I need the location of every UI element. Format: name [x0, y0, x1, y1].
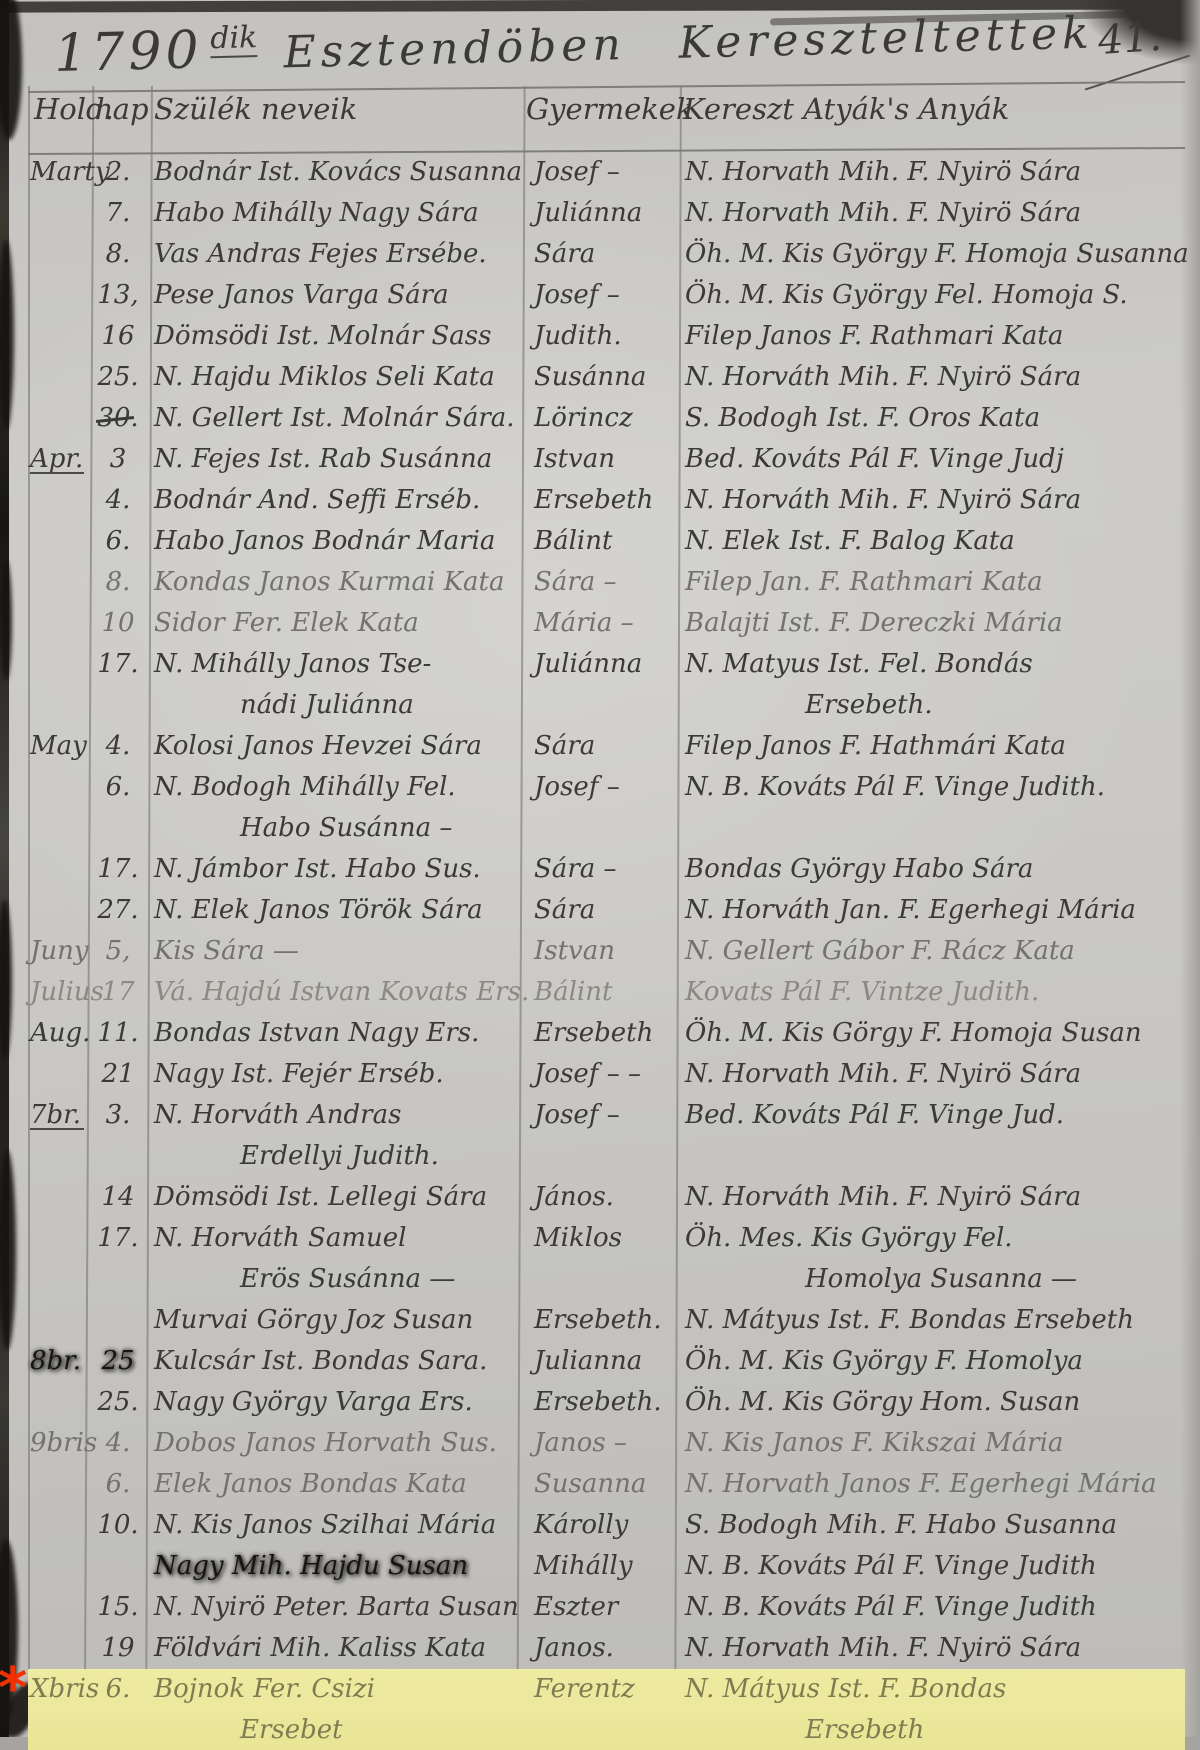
- month-cell: [28, 890, 88, 931]
- table-row: 17.N. Horváth SamuelErös Susánna —Miklos…: [28, 1218, 1185, 1300]
- child-name-cell: Sára: [520, 234, 677, 275]
- parents-names-cell: Bodnár And. Seffi Erséb.: [148, 480, 520, 521]
- parents-names-cell: Dömsödi Ist. Molnár Sass: [148, 316, 520, 357]
- month-cell: [28, 275, 88, 316]
- child-name-cell: Istvan: [520, 931, 677, 972]
- month-cell: [28, 1587, 88, 1628]
- day-cell: 27.: [88, 890, 148, 931]
- title-year: 1790: [54, 20, 204, 84]
- godparents-cell: N. B. Kováts Pál F. Vinge Judith: [677, 1546, 1185, 1587]
- table-row: Murvai Görgy Joz SusanErsebeth.N. Mátyus…: [28, 1300, 1185, 1341]
- godparents-cell: N. Horváth Mih. F. Nyirö Sára: [677, 1177, 1185, 1218]
- child-name-cell: Eszter: [520, 1587, 677, 1628]
- table-row: 10Sidor Fer. Elek KataMária –Balajti Ist…: [28, 603, 1185, 644]
- parents-names-cell: Kondas Janos Kurmai Kata: [148, 562, 520, 603]
- month-cell: [28, 1546, 88, 1587]
- table-row: 8.Kondas Janos Kurmai KataSára –Filep Ja…: [28, 562, 1185, 603]
- month-cell: [28, 1628, 88, 1669]
- child-name-cell: Josef –: [520, 1095, 677, 1136]
- parents-names-cell: Dömsödi Ist. Lellegi Sára: [148, 1177, 520, 1218]
- day-cell: 25: [88, 1341, 148, 1382]
- page-number: 41.: [1097, 14, 1164, 64]
- day-cell: 17: [88, 972, 148, 1013]
- godparents-cell: N. Horvath Janos F. Egerhegi Mária: [677, 1464, 1185, 1505]
- month-cell: Juny: [28, 931, 88, 972]
- godparents-cell: Balajti Ist. F. Dereczki Mária: [677, 603, 1185, 644]
- month-cell: 9bris: [28, 1423, 88, 1464]
- child-name-cell: Károlly: [520, 1505, 677, 1546]
- parents-names-cell: Nagy György Varga Ers.: [148, 1382, 520, 1423]
- table-row: 17.N. Mihálly Janos Tse-nádi JuliánnaJul…: [28, 644, 1185, 726]
- parents-names-cell: N. Gellert Ist. Molnár Sára.: [148, 398, 520, 439]
- godparents-cell: Filep Janos F. Rathmari Kata: [677, 316, 1185, 357]
- table-row: 6.Habo Janos Bodnár MariaBálintN. Elek I…: [28, 521, 1185, 562]
- title-ordinal-suffix: dik: [210, 20, 258, 58]
- godparents-cell: Öh. M. Kis Görgy Hom. Susan: [677, 1382, 1185, 1423]
- table-row: 7br.3.N. Horváth AndrasErdellyi Judith.J…: [28, 1095, 1185, 1177]
- godparents-cell: Bondas György Habo Sára: [677, 849, 1185, 890]
- child-name-cell: Josef –: [520, 152, 677, 193]
- child-name-cell: Mihálly: [520, 1546, 677, 1587]
- child-name-cell: Ersebeth: [520, 1013, 677, 1054]
- month-cell: [28, 316, 88, 357]
- day-cell: 4.: [88, 480, 148, 521]
- table-row: 7.Habo Mihálly Nagy SáraJuliánnaN. Horva…: [28, 193, 1185, 234]
- table-row: Juny5,Kis Sára —IstvanN. Gellert Gábor F…: [28, 931, 1185, 972]
- day-cell: 3: [88, 439, 148, 480]
- child-name-cell: Juliánna: [520, 644, 677, 685]
- month-cell: [28, 234, 88, 275]
- parents-names-cell: Kulcsár Ist. Bondas Sara.: [148, 1341, 520, 1382]
- parents-names-cell: Kis Sára —: [148, 931, 520, 972]
- day-cell: 21: [88, 1054, 148, 1095]
- parents-names-cell: Nagy Mih. Hajdu Susan: [148, 1546, 520, 1587]
- parents-names-cell: Vá. Hajdú Istvan Kovats Ers.: [148, 972, 520, 1013]
- godparents-cell: N. Horváth Mih. F. Nyirö Sára: [677, 357, 1185, 398]
- month-cell: 7br.: [28, 1095, 88, 1136]
- parents-names-cell: Habo Mihálly Nagy Sára: [148, 193, 520, 234]
- child-name-cell: Julianna: [520, 1341, 677, 1382]
- binding-blot: [0, 560, 12, 680]
- parents-names-cell: N. Horváth AndrasErdellyi Judith.: [148, 1095, 520, 1177]
- parents-names-cell: N. Kis Janos Szilhai Mária: [148, 1505, 520, 1546]
- child-name-cell: Bálint: [520, 521, 677, 562]
- godparents-cell: N. Horvath Mih. F. Nyirö Sára: [677, 193, 1185, 234]
- godparents-cell: N. Matyus Ist. Fel. BondásErsebeth.: [677, 644, 1185, 726]
- month-cell: [28, 357, 88, 398]
- child-name-cell: Sára: [520, 726, 677, 767]
- red-asterisk-annotation: *: [0, 1661, 27, 1717]
- month-cell: Aug.: [28, 1013, 88, 1054]
- month-cell: [28, 480, 88, 521]
- child-name-cell: Josef –: [520, 767, 677, 808]
- table-row: 17.N. Jámbor Ist. Habo Sus.Sára –Bondas …: [28, 849, 1185, 890]
- godparents-cell: Öh. M. Kis György Fel. Homoja S.: [677, 275, 1185, 316]
- header-child: Gyermekek: [520, 92, 677, 126]
- day-cell: 13,: [88, 275, 148, 316]
- day-cell: 15.: [88, 1587, 148, 1628]
- child-name-cell: Ersebeth: [520, 480, 677, 521]
- child-name-cell: Lörincz: [520, 398, 677, 439]
- month-cell: [28, 1300, 88, 1341]
- godparents-cell: Filep Jan. F. Rathmari Kata: [677, 562, 1185, 603]
- child-name-cell: Miklos: [520, 1218, 677, 1259]
- month-cell: [28, 1505, 88, 1546]
- day-cell: 4.: [88, 1423, 148, 1464]
- child-name-cell: Juliánna: [520, 193, 677, 234]
- month-cell: 8br.: [28, 1341, 88, 1382]
- table-row: 8.Vas Andras Fejes Ersébe.SáraÖh. M. Kis…: [28, 234, 1185, 275]
- godparents-cell: S. Bodogh Mih. F. Habo Susanna: [677, 1505, 1185, 1546]
- month-cell: [28, 1382, 88, 1423]
- header-parents: Szülék neveik: [148, 92, 520, 126]
- day-cell: 7.: [88, 193, 148, 234]
- parents-names-cell: N. Mihálly Janos Tse-nádi Juliánna: [148, 644, 520, 726]
- day-cell: [88, 1300, 148, 1341]
- godparents-cell: N. Horváth Mih. F. Nyirö Sára: [677, 480, 1185, 521]
- child-name-cell: Susanna: [520, 1464, 677, 1505]
- godparents-cell: S. Bodogh Ist. F. Oros Kata: [677, 398, 1185, 439]
- parents-names-cell: Sidor Fer. Elek Kata: [148, 603, 520, 644]
- header-day: nap: [88, 92, 148, 126]
- parents-names-cell: Bondas Istvan Nagy Ers.: [148, 1013, 520, 1054]
- godparents-cell: Filep Janos F. Hathmári Kata: [677, 726, 1185, 767]
- child-name-cell: Ersebeth.: [520, 1300, 677, 1341]
- table-row: 10.N. Kis Janos Szilhai MáriaKárollyS. B…: [28, 1505, 1185, 1546]
- table-row: 16Dömsödi Ist. Molnár SassJudith.Filep J…: [28, 316, 1185, 357]
- day-cell: 17.: [88, 849, 148, 890]
- binding-blot: [0, 900, 12, 1060]
- month-cell: [28, 603, 88, 644]
- child-name-cell: Janos –: [520, 1423, 677, 1464]
- parents-names-cell: Habo Janos Bodnár Maria: [148, 521, 520, 562]
- parents-names-cell: N. Bodogh Mihálly Fel.Habo Susánna –: [148, 767, 520, 849]
- month-cell: [28, 1464, 88, 1505]
- day-cell: 25.: [88, 1382, 148, 1423]
- header-godparents: Kereszt Atyák's Anyák: [677, 92, 1185, 126]
- table-row: 13,Pese Janos Varga SáraJosef –Öh. M. Ki…: [28, 275, 1185, 316]
- month-cell: [28, 1177, 88, 1218]
- title-text: Esztendöben Kereszteltettek: [283, 8, 1094, 79]
- godparents-cell: Öh. M. Kis György F. Homolya: [677, 1341, 1185, 1382]
- month-cell: Apr.: [28, 439, 88, 480]
- day-cell: 6.: [88, 767, 148, 808]
- godparents-cell: N. Kis Janos F. Kikszai Mária: [677, 1423, 1185, 1464]
- child-name-cell: Sára –: [520, 849, 677, 890]
- day-cell: 2.: [88, 152, 148, 193]
- parents-names-cell: Pese Janos Varga Sára: [148, 275, 520, 316]
- table-row: 6.N. Bodogh Mihálly Fel.Habo Susánna –Jo…: [28, 767, 1185, 849]
- godparents-cell: Öh. M. Kis György F. Homoja Susanna: [677, 234, 1189, 275]
- parents-names-cell: Dobos Janos Horvath Sus.: [148, 1423, 520, 1464]
- godparents-cell: Kovats Pál F. Vintze Judith.: [677, 972, 1185, 1013]
- godparents-cell: N. Horvath Mih. F. Nyirö Sára: [677, 1054, 1185, 1095]
- parents-names-cell: N. Jámbor Ist. Habo Sus.: [148, 849, 520, 890]
- day-cell: 17.: [88, 1218, 148, 1259]
- table-row: Xbris6.Bojnok Fer. CsiziErsebetFerentzN.…: [28, 1669, 1185, 1750]
- day-cell: 10: [88, 603, 148, 644]
- day-cell: 16: [88, 316, 148, 357]
- table-row: Apr.3N. Fejes Ist. Rab SusánnaIstvanBed.…: [28, 439, 1185, 480]
- table-row: 14Dömsödi Ist. Lellegi SáraJános.N. Horv…: [28, 1177, 1185, 1218]
- table-row: 21Nagy Ist. Fejér Erséb.Josef – –N. Horv…: [28, 1054, 1185, 1095]
- parents-names-cell: Elek Janos Bondas Kata: [148, 1464, 520, 1505]
- godparents-cell: N. Elek Ist. F. Balog Kata: [677, 521, 1185, 562]
- day-cell: 14: [88, 1177, 148, 1218]
- parents-names-cell: N. Nyirö Peter. Barta Susan: [148, 1587, 520, 1628]
- child-name-cell: Sára –: [520, 562, 677, 603]
- parents-names-cell: Vas Andras Fejes Ersébe.: [148, 234, 520, 275]
- child-name-cell: Janos.: [520, 1628, 677, 1669]
- table-row: Julius17Vá. Hajdú Istvan Kovats Ers.Báli…: [28, 972, 1185, 1013]
- child-name-cell: Ersebeth.: [520, 1382, 677, 1423]
- godparents-cell: N. Horváth Jan. F. Egerhegi Mária: [677, 890, 1185, 931]
- day-cell: 17.: [88, 644, 148, 685]
- godparents-cell: N. Horvath Mih. F. Nyirö Sára: [677, 152, 1185, 193]
- month-cell: Julius: [28, 972, 88, 1013]
- day-cell: 8.: [88, 234, 148, 275]
- table-row: 6.Elek Janos Bondas KataSusannaN. Horvat…: [28, 1464, 1185, 1505]
- table-row: 30.N. Gellert Ist. Molnár Sára.LörinczS.…: [28, 398, 1185, 439]
- child-name-cell: János.: [520, 1177, 677, 1218]
- month-cell: [28, 644, 88, 685]
- parents-names-cell: Murvai Görgy Joz Susan: [148, 1300, 520, 1341]
- header-month: Hold.: [28, 92, 88, 126]
- child-name-cell: Bálint: [520, 972, 677, 1013]
- godparents-cell: N. B. Kováts Pál F. Vinge Judith: [677, 1587, 1185, 1628]
- table-row: May4.Kolosi Janos Hevzei SáraSáraFilep J…: [28, 726, 1185, 767]
- day-cell: 8.: [88, 562, 148, 603]
- month-cell: [28, 193, 88, 234]
- child-name-cell: Susánna: [520, 357, 677, 398]
- day-cell: 30.: [88, 398, 148, 439]
- binding-blot: [0, 1150, 16, 1350]
- day-cell: 10.: [88, 1505, 148, 1546]
- month-cell: [28, 1054, 88, 1095]
- child-name-cell: Judith.: [520, 316, 677, 357]
- parents-names-cell: Bodnár Ist. Kovács Susanna: [148, 152, 520, 193]
- day-cell: 11.: [88, 1013, 148, 1054]
- page-title: 1790 dik Esztendöben Kereszteltettek: [53, 0, 1184, 84]
- table-row: 9bris4.Dobos Janos Horvath Sus.Janos –N.…: [28, 1423, 1185, 1464]
- binding-blot: [0, 240, 14, 430]
- table-row: 8br.25Kulcsár Ist. Bondas Sara.JuliannaÖ…: [28, 1341, 1185, 1382]
- godparents-cell: N. Gellert Gábor F. Rácz Kata: [677, 931, 1185, 972]
- table-row: Aug.11.Bondas Istvan Nagy Ers.ErsebethÖh…: [28, 1013, 1185, 1054]
- table-row: 4.Bodnár And. Seffi Erséb.ErsebethN. Hor…: [28, 480, 1185, 521]
- table-row: Marty2.Bodnár Ist. Kovács SusannaJosef –…: [28, 152, 1185, 193]
- godparents-cell: N. Mátyus Ist. F. BondasErsebeth: [677, 1669, 1185, 1750]
- child-name-cell: Istvan: [520, 439, 677, 480]
- parents-names-cell: Nagy Ist. Fejér Erséb.: [148, 1054, 520, 1095]
- table-row: Nagy Mih. Hajdu SusanMihállyN. B. Kováts…: [28, 1546, 1185, 1587]
- month-cell: [28, 767, 88, 808]
- table-header: Hold. nap Szülék neveik Gyermekek Keresz…: [28, 92, 1185, 150]
- child-name-cell: Sára: [520, 890, 677, 931]
- parents-names-cell: N. Hajdu Miklos Seli Kata: [148, 357, 520, 398]
- month-cell: [28, 849, 88, 890]
- godparents-cell: N. Horvath Mih. F. Nyirö Sára: [677, 1628, 1185, 1669]
- day-cell: 3.: [88, 1095, 148, 1136]
- day-cell: 25.: [88, 357, 148, 398]
- month-cell: [28, 398, 88, 439]
- table-row: 19Földvári Mih. Kaliss KataJanos.N. Horv…: [28, 1628, 1185, 1669]
- child-name-cell: Ferentz: [520, 1669, 677, 1710]
- table-row: 27.N. Elek Janos Török SáraSáraN. Horvát…: [28, 890, 1185, 931]
- day-cell: 6.: [88, 521, 148, 562]
- parents-names-cell: Kolosi Janos Hevzei Sára: [148, 726, 520, 767]
- parents-names-cell: Földvári Mih. Kaliss Kata: [148, 1628, 520, 1669]
- register-table: Hold. nap Szülék neveik Gyermekek Keresz…: [28, 86, 1185, 1750]
- month-cell: [28, 562, 88, 603]
- month-cell: [28, 1218, 88, 1259]
- scanned-register-page: 1790 dik Esztendöben Kereszteltettek 41.…: [0, 0, 1200, 1750]
- month-cell: Xbris: [28, 1669, 88, 1710]
- month-cell: [28, 521, 88, 562]
- month-cell: Marty: [28, 152, 88, 193]
- godparents-cell: Öh. M. Kis Görgy F. Homoja Susan: [677, 1013, 1185, 1054]
- child-name-cell: Mária –: [520, 603, 677, 644]
- day-cell: 5,: [88, 931, 148, 972]
- godparents-cell: Öh. Mes. Kis György Fel.Homolya Susanna …: [677, 1218, 1185, 1300]
- day-cell: [88, 1546, 148, 1587]
- day-cell: 6.: [88, 1464, 148, 1505]
- child-name-cell: Josef –: [520, 275, 677, 316]
- binding-blot: [0, 0, 22, 140]
- table-row: 15.N. Nyirö Peter. Barta SusanEszterN. B…: [28, 1587, 1185, 1628]
- day-cell: 19: [88, 1628, 148, 1669]
- table-rows: Marty2.Bodnár Ist. Kovács SusannaJosef –…: [28, 152, 1185, 1750]
- parents-names-cell: N. Horváth SamuelErös Susánna —: [148, 1218, 520, 1300]
- table-row: 25.N. Hajdu Miklos Seli KataSusánnaN. Ho…: [28, 357, 1185, 398]
- day-cell: 4.: [88, 726, 148, 767]
- table-row: 25.Nagy György Varga Ers.Ersebeth.Öh. M.…: [28, 1382, 1185, 1423]
- godparents-cell: N. B. Kováts Pál F. Vinge Judith.: [677, 767, 1185, 808]
- parents-names-cell: N. Elek Janos Török Sára: [148, 890, 520, 931]
- child-name-cell: Josef – –: [520, 1054, 677, 1095]
- godparents-cell: Bed. Kováts Pál F. Vinge Judj: [677, 439, 1185, 480]
- godparents-cell: Bed. Kováts Pál F. Vinge Jud.: [677, 1095, 1185, 1136]
- month-cell: May: [28, 726, 88, 767]
- parents-names-cell: N. Fejes Ist. Rab Susánna: [148, 439, 520, 480]
- parents-names-cell: Bojnok Fer. CsiziErsebet: [148, 1669, 520, 1750]
- day-cell: 6.: [88, 1669, 148, 1710]
- godparents-cell: N. Mátyus Ist. F. Bondas Ersebeth: [677, 1300, 1185, 1341]
